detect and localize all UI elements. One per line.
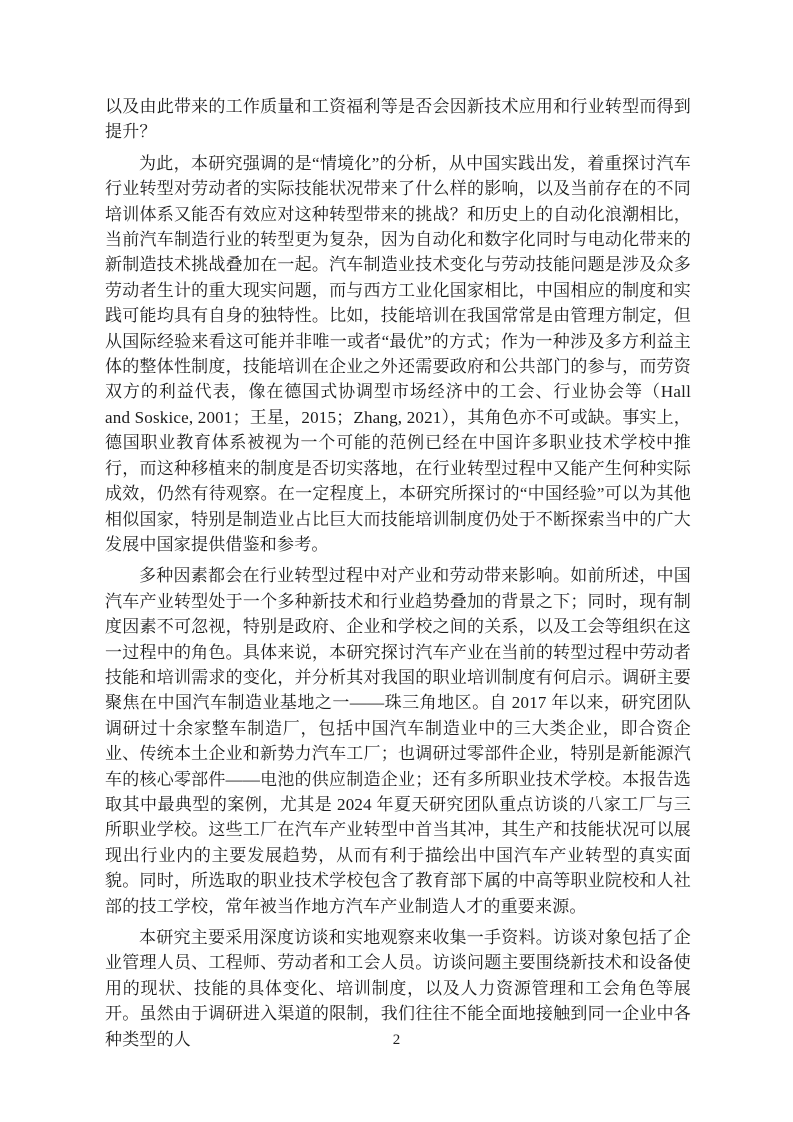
paragraph: 为此，本研究强调的是“情境化”的分析，从中国实践出发，着重探讨汽车行业转型对劳动… bbox=[105, 151, 691, 558]
paragraph: 多种因素都会在行业转型过程中对产业和劳动带来影响。如前所述，中国汽车产业转型处于… bbox=[105, 563, 691, 919]
page-number: 2 bbox=[0, 1030, 793, 1050]
page-body-text: 以及由此带来的工作质量和工资福利等是否会因新技术应用和行业转型而得到提升？ 为此… bbox=[105, 94, 691, 1058]
paragraph-continuation: 以及由此带来的工作质量和工资福利等是否会因新技术应用和行业转型而得到提升？ bbox=[105, 94, 691, 145]
document-page: 以及由此带来的工作质量和工资福利等是否会因新技术应用和行业转型而得到提升？ 为此… bbox=[0, 0, 793, 1122]
